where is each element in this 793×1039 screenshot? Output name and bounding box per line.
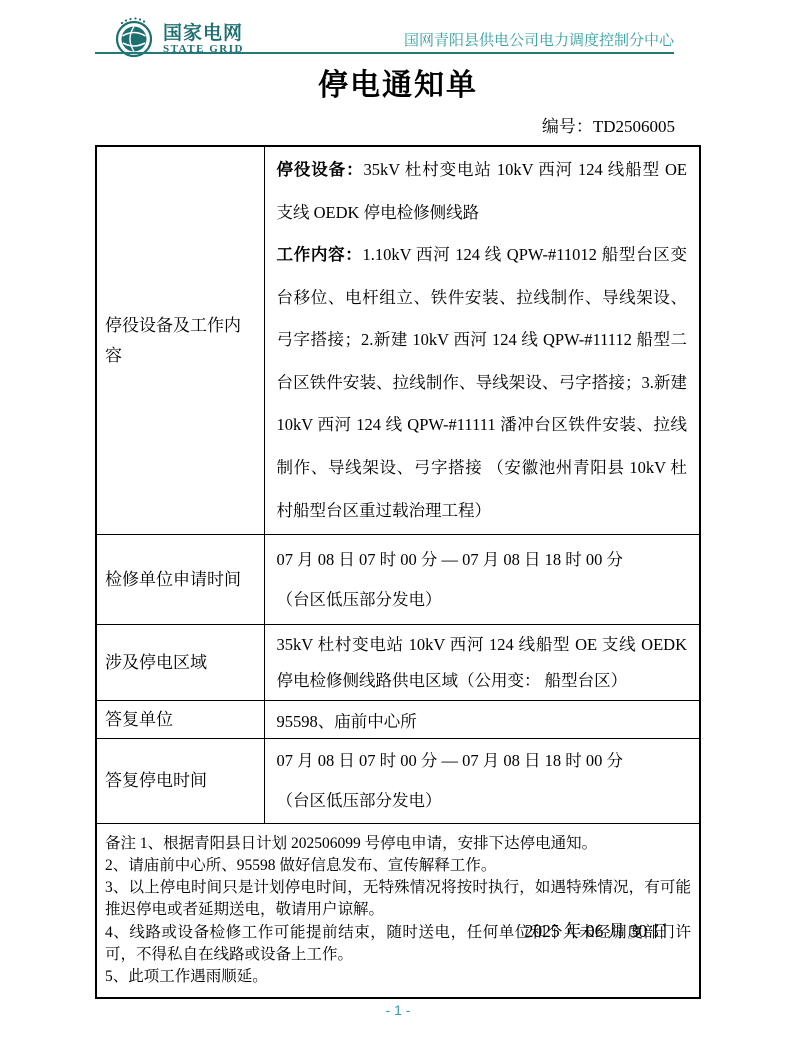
row-label-outage-area: 涉及停电区域 <box>96 625 264 701</box>
work-text: 1.10kV 西河 124 线 QPW-#11012 船型台区变台移位、电杆组立… <box>277 245 688 519</box>
note-line-3: 3、以上停电时间只是计划停电时间，无特殊情况将按时执行，如遇特殊情况，有可能推迟… <box>105 877 691 922</box>
row-label-reply-time: 答复停电时间 <box>96 739 264 824</box>
note-line-2: 2、请庙前中心所、95598 做好信息发布、宣传解释工作。 <box>105 855 691 877</box>
row-content-equipment-work: 停役设备：35kV 杜村变电站 10kV 西河 124 线船型 OE 支线 OE… <box>264 146 700 535</box>
page-number: - 1 - <box>95 1002 701 1018</box>
equipment-paragraph: 停役设备：35kV 杜村变电站 10kV 西河 124 线船型 OE 支线 OE… <box>277 149 688 234</box>
table-row-equipment-work: 停役设备及工作内容 停役设备：35kV 杜村变电站 10kV 西河 124 线船… <box>96 146 700 535</box>
note-line-1: 备注 1、根据青阳县日计划 202506099 号停电申请，安排下达停电通知。 <box>105 833 691 855</box>
work-run-label: 工作内容： <box>277 245 363 264</box>
notes-cell: 备注 1、根据青阳县日计划 202506099 号停电申请，安排下达停电通知。 … <box>96 823 700 998</box>
row-content-outage-area: 35kV 杜村变电站 10kV 西河 124 线船型 OE 支线 OEDK 停电… <box>264 625 700 701</box>
page-title: 停电通知单 <box>95 60 701 104</box>
outage-area-text: 35kV 杜村变电站 10kV 西河 124 线船型 OE 支线 OEDK 停电… <box>277 627 688 698</box>
row-label-equipment-work: 停役设备及工作内容 <box>96 146 264 535</box>
notice-page: 国家电网 STATE GRID 国网青阳县供电公司电力调度控制分中心 停电通知单… <box>0 0 793 1039</box>
table-row-reply-unit: 答复单位 95598、庙前中心所 <box>96 701 700 739</box>
apply-time-note: （台区低压部分发电） <box>277 580 688 620</box>
state-grid-logo-text: 国家电网 STATE GRID <box>163 24 244 55</box>
issue-date: 2025 年 06 月 30 日 <box>95 918 701 943</box>
reply-time-range: 07 月 08 日 07 时 00 分 — 07 月 08 日 18 时 00 … <box>277 741 688 781</box>
row-content-reply-unit: 95598、庙前中心所 <box>264 701 700 739</box>
header-divider <box>95 52 674 54</box>
state-grid-logo: 国家电网 STATE GRID <box>112 15 244 64</box>
note-line-5: 5、此项工作遇雨顺延。 <box>105 966 691 988</box>
row-content-apply-time: 07 月 08 日 07 时 00 分 — 07 月 08 日 18 时 00 … <box>264 535 700 625</box>
issuing-department: 国网青阳县供电公司电力调度控制分中心 <box>404 29 674 50</box>
equipment-run-label: 停役设备： <box>277 160 364 179</box>
row-label-reply-unit: 答复单位 <box>96 701 264 739</box>
reply-time-note: （台区低压部分发电） <box>277 781 688 821</box>
document-number: 编号：TD2506005 <box>95 112 675 137</box>
row-content-reply-time: 07 月 08 日 07 时 00 分 — 07 月 08 日 18 时 00 … <box>264 739 700 824</box>
work-paragraph: 工作内容：1.10kV 西河 124 线 QPW-#11012 船型台区变台移位… <box>277 234 688 532</box>
row-label-apply-time: 检修单位申请时间 <box>96 535 264 625</box>
logo-cn-label: 国家电网 <box>163 24 244 44</box>
table-row-apply-time: 检修单位申请时间 07 月 08 日 07 时 00 分 — 07 月 08 日… <box>96 535 700 625</box>
notice-table: 停役设备及工作内容 停役设备：35kV 杜村变电站 10kV 西河 124 线船… <box>95 145 701 999</box>
state-grid-emblem-icon <box>112 15 156 64</box>
table-row-outage-area: 涉及停电区域 35kV 杜村变电站 10kV 西河 124 线船型 OE 支线 … <box>96 625 700 701</box>
reply-unit-text: 95598、庙前中心所 <box>277 708 688 732</box>
table-row-reply-time: 答复停电时间 07 月 08 日 07 时 00 分 — 07 月 08 日 1… <box>96 739 700 824</box>
table-row-notes: 备注 1、根据青阳县日计划 202506099 号停电申请，安排下达停电通知。 … <box>96 823 700 998</box>
apply-time-range: 07 月 08 日 07 时 00 分 — 07 月 08 日 18 时 00 … <box>277 540 688 580</box>
